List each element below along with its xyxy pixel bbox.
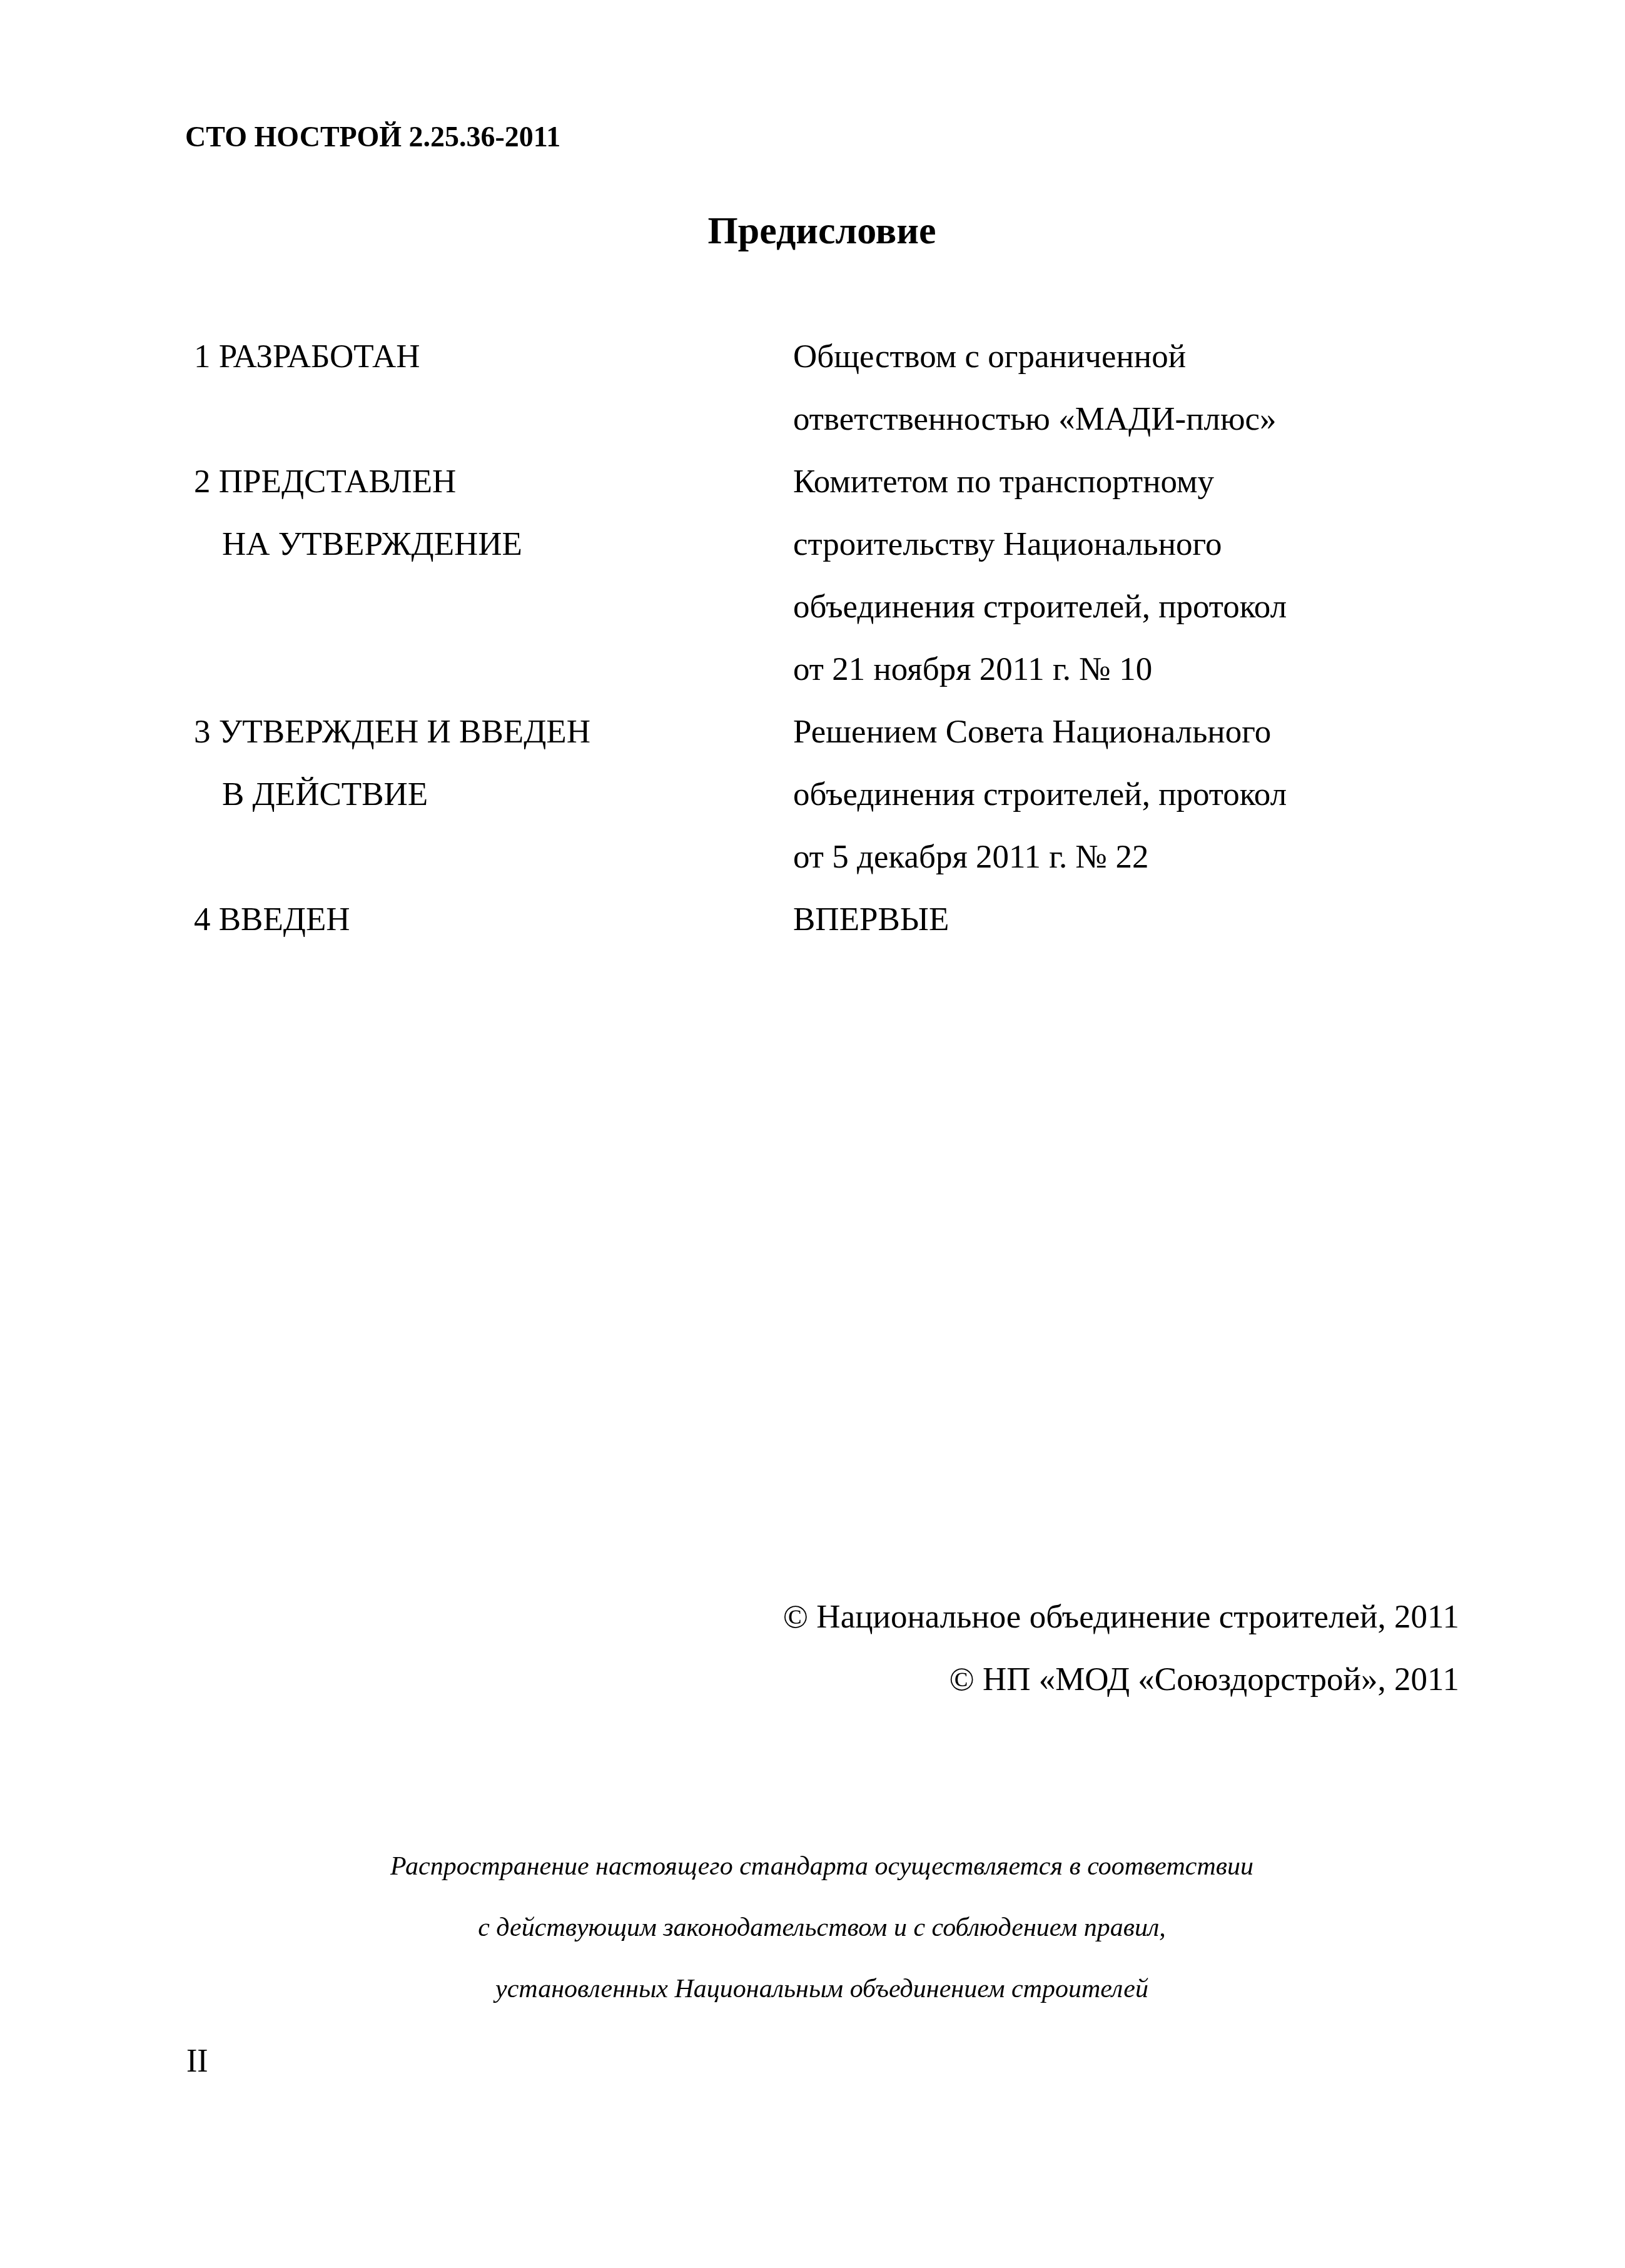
preface-value-line: объединения строителей, протокол — [793, 763, 1445, 826]
preface-value-line: Обществом с ограниченной — [793, 325, 1445, 388]
copyright-line: © Национальное объединение строителей, 2… — [783, 1586, 1459, 1648]
preface-label: 4 ВВЕДЕН — [194, 888, 793, 951]
preface-label-line: 1 РАЗРАБОТАН — [194, 325, 793, 388]
preface-value-line: от 5 декабря 2011 г. № 22 — [793, 826, 1445, 888]
distribution-notice-line: установленных Национальным объединением … — [19, 1958, 1625, 2020]
preface-row-approved: 3 УТВЕРЖДЕН И ВВЕДЕН В ДЕЙСТВИЕ Решением… — [194, 701, 1445, 888]
preface-label: 2 ПРЕДСТАВЛЕН НА УТВЕРЖДЕНИЕ — [194, 450, 793, 701]
preface-label: 1 РАЗРАБОТАН — [194, 325, 793, 450]
preface-value-line: ответственностью «МАДИ-плюс» — [793, 388, 1445, 450]
document-code-header: СТО НОСТРОЙ 2.25.36-2011 — [185, 123, 560, 151]
preface-value: Комитетом по транспортному строительству… — [793, 450, 1445, 701]
copyright-line: © НП «МОД «Союздорстрой», 2011 — [783, 1648, 1459, 1711]
distribution-notice-line: Распространение настоящего стандарта осу… — [19, 1836, 1625, 1897]
preface-value-line: Комитетом по транспортному — [793, 450, 1445, 513]
preface-value: ВПЕРВЫЕ — [793, 888, 1445, 951]
page-number: II — [186, 2045, 208, 2078]
distribution-notice-line: с действующим законодательством и с собл… — [19, 1897, 1625, 1958]
preface-value-line: Решением Совета Национального — [793, 701, 1445, 763]
preface-value-line: строительству Национального — [793, 513, 1445, 575]
preface-value: Решением Совета Национального объединени… — [793, 701, 1445, 888]
distribution-notice: Распространение настоящего стандарта осу… — [0, 1836, 1625, 2020]
preface-row-introduced: 4 ВВЕДЕН ВПЕРВЫЕ — [194, 888, 1445, 951]
preface-label-line: В ДЕЙСТВИЕ — [194, 763, 793, 826]
preface-value-line: от 21 ноября 2011 г. № 10 — [793, 638, 1445, 701]
preface-row-developed: 1 РАЗРАБОТАН Обществом с ограниченной от… — [194, 325, 1445, 450]
copyright-block: © Национальное объединение строителей, 2… — [783, 1586, 1459, 1711]
preface-value-line: ВПЕРВЫЕ — [793, 888, 1445, 951]
preface-label-line: 3 УТВЕРЖДЕН И ВВЕДЕН — [194, 701, 793, 763]
section-title-preface: Предисловие — [0, 211, 1625, 250]
preface-label-line: НА УТВЕРЖДЕНИЕ — [194, 513, 793, 575]
preface-label: 3 УТВЕРЖДЕН И ВВЕДЕН В ДЕЙСТВИЕ — [194, 701, 793, 888]
preface-value-line: объединения строителей, протокол — [793, 575, 1445, 638]
preface-table: 1 РАЗРАБОТАН Обществом с ограниченной от… — [194, 325, 1445, 951]
preface-label-line: 4 ВВЕДЕН — [194, 888, 793, 951]
preface-label-line: 2 ПРЕДСТАВЛЕН — [194, 450, 793, 513]
preface-value: Обществом с ограниченной ответственность… — [793, 325, 1445, 450]
preface-row-submitted: 2 ПРЕДСТАВЛЕН НА УТВЕРЖДЕНИЕ Комитетом п… — [194, 450, 1445, 701]
